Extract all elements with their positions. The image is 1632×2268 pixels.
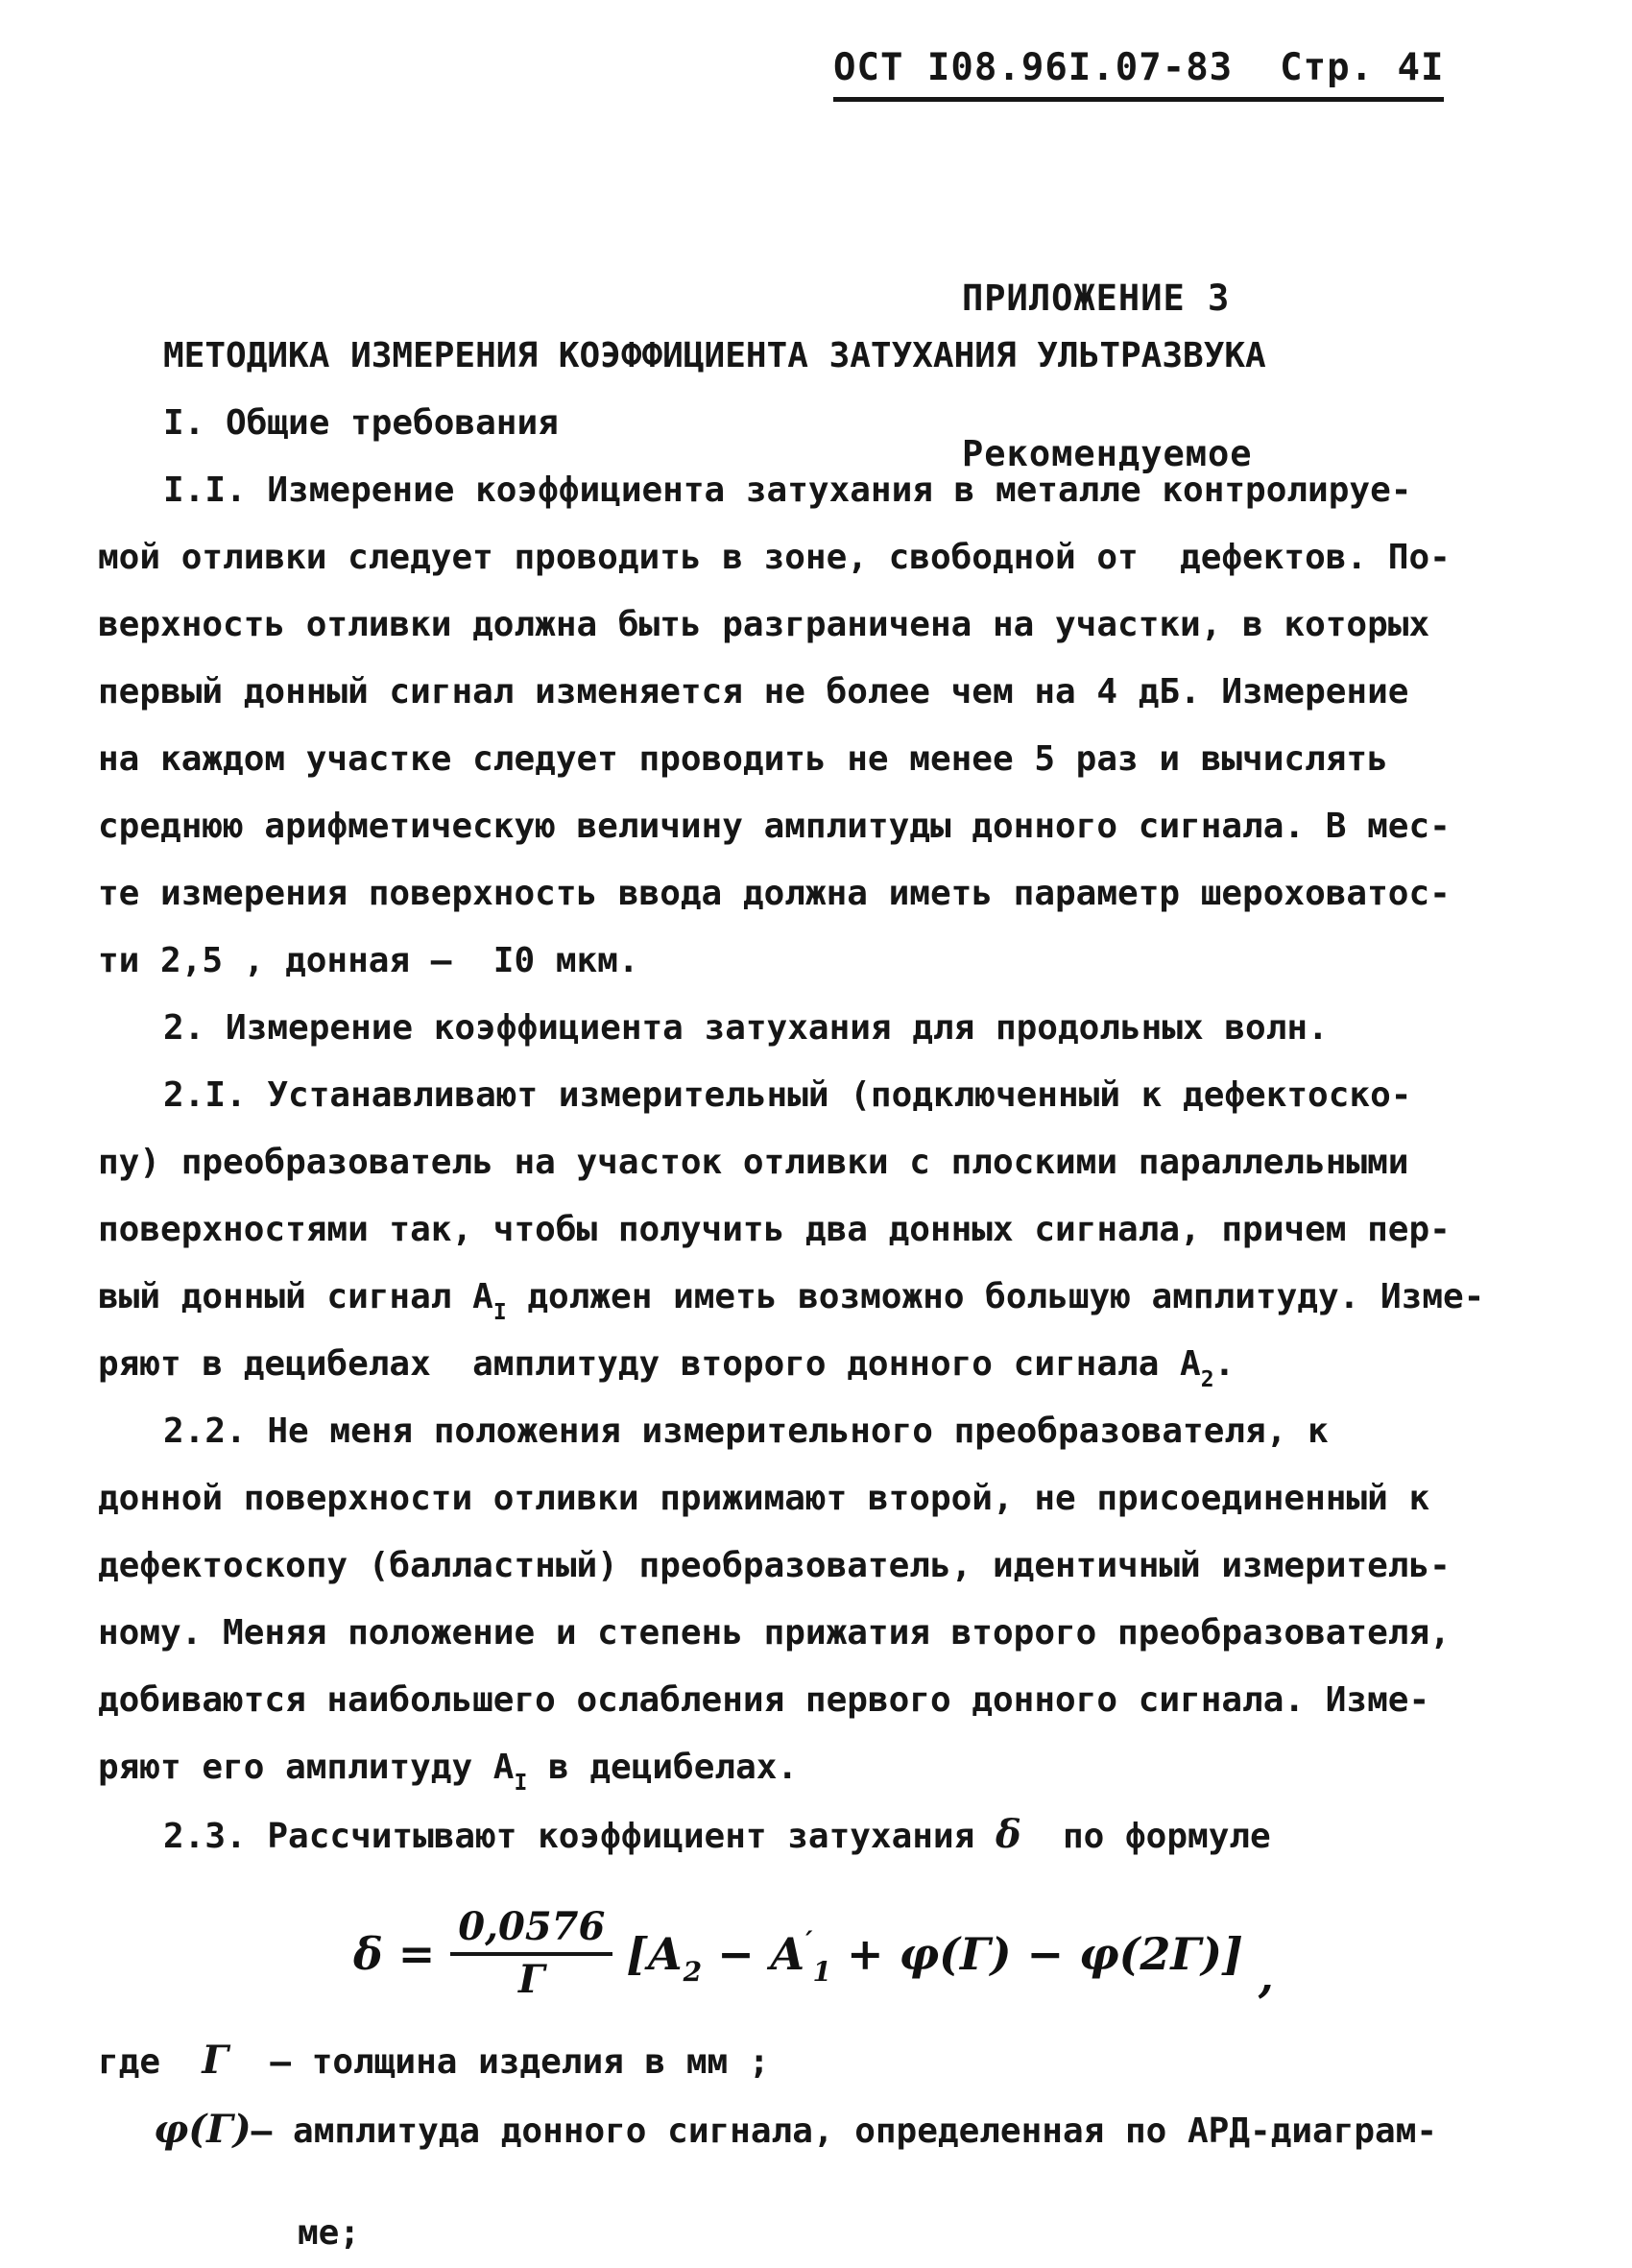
- text-segment: на каждом участке следует проводить не м…: [98, 739, 1388, 779]
- text-segment: те измерения поверхность ввода должна им…: [98, 874, 1451, 913]
- text-segment: пу) преобразователь на участок отливки с…: [98, 1143, 1408, 1182]
- text-segment: I: [514, 1771, 527, 1796]
- text-line: I.I. Измерение коэффициента затухания в …: [98, 457, 1557, 524]
- text-segment: – толщина изделия в мм ;: [228, 2042, 770, 2082]
- formula-numerator: 0,0576: [450, 1905, 612, 1956]
- text-segment: 2. Измерение коэффициента затухания для …: [163, 1008, 1329, 1048]
- text-line: ряют его амплитуду АI в децибелах.: [98, 1734, 1557, 1801]
- text-segment: I.I. Измерение коэффициента затухания в …: [163, 470, 1411, 510]
- text-segment: по формуле: [1021, 1817, 1271, 1856]
- text-line: донной поверхности отливки прижимают вто…: [98, 1465, 1557, 1532]
- text-line: те измерения поверхность ввода должна им…: [98, 860, 1557, 928]
- text-segment: 2.3. Рассчитывают коэффициент затухания: [163, 1817, 996, 1856]
- text-segment: − А: [702, 1928, 805, 1980]
- text-segment: мой отливки следует проводить в зоне, св…: [98, 538, 1451, 577]
- text-line: 2.2. Не меня положения измерительного пр…: [98, 1398, 1557, 1465]
- text-segment: 1: [813, 1956, 831, 1988]
- text-line: φ(Г)– амплитуда донного сигнала, определ…: [98, 2096, 1557, 2165]
- handwritten-symbol: Г: [202, 2038, 228, 2083]
- text-segment: верхность отливки должна быть разграниче…: [98, 605, 1429, 644]
- text-segment: первый донный сигнал изменяется не более…: [98, 672, 1408, 712]
- text-segment: дефектоскопу (балластный) преобразовател…: [98, 1546, 1451, 1585]
- formula-comma: ,: [1259, 1950, 1274, 2002]
- text-line: где Г – толщина изделия в мм ;: [98, 2027, 1557, 2096]
- text-segment: где: [98, 2042, 202, 2082]
- text-line: ме;: [98, 2200, 1557, 2267]
- text-segment: ряют его амплитуду А: [98, 1748, 514, 1787]
- text-line: ти 2,5 , донная – I0 мкм.: [98, 928, 1557, 995]
- where-lines: где Г – толщина изделия в мм ;φ(Г)– ампл…: [98, 2027, 1557, 2267]
- formula-expression: [А2 − А′1 + φ(Г) − φ(2Г)]: [626, 1928, 1242, 1980]
- text-segment: I: [493, 1300, 507, 1325]
- handwritten-symbol: φ(Г): [154, 2107, 252, 2152]
- text-segment: ти 2,5 , донная – I0 мкм.: [98, 941, 639, 980]
- text-segment: + φ(Г) − φ(2Г)]: [831, 1928, 1243, 1980]
- text-line: поверхностями так, чтобы получить два до…: [98, 1196, 1557, 1264]
- text-segment: 2: [684, 1956, 702, 1988]
- text-segment: должен иметь возможно большую амплитуду.…: [507, 1277, 1485, 1316]
- section-heading: I. Общие требования: [98, 390, 1557, 457]
- text-segment: поверхностями так, чтобы получить два до…: [98, 1210, 1451, 1249]
- text-segment: ме;: [298, 2213, 360, 2253]
- formula-denominator: Г: [518, 1956, 545, 2002]
- text-line: первый донный сигнал изменяется не более…: [98, 659, 1557, 726]
- text-segment: ′: [805, 1925, 812, 1957]
- text-segment: донной поверхности отливки прижимают вто…: [98, 1479, 1429, 1518]
- text-segment: в децибелах.: [527, 1748, 798, 1787]
- text-line: пу) преобразователь на участок отливки с…: [98, 1129, 1557, 1196]
- text-line: дефектоскопу (балластный) преобразовател…: [98, 1532, 1557, 1600]
- text-segment: [А: [626, 1928, 683, 1980]
- attenuation-formula: δ = 0,0576 Г [А2 − А′1 + φ(Г) − φ(2Г)] ,: [353, 1905, 1557, 2002]
- text-segment: – амплитуда донного сигнала, определенна…: [252, 2111, 1437, 2151]
- text-line: 2.I. Устанавливают измерительный (подклю…: [98, 1062, 1557, 1129]
- text-line: вый донный сигнал АI должен иметь возмож…: [98, 1264, 1557, 1331]
- text-line: ряют в децибелах амплитуду второго донно…: [98, 1331, 1557, 1398]
- page-header: ОСТ I08.96I.07-83 Стр. 4I: [833, 46, 1444, 102]
- text-line: 2.3. Рассчитывают коэффициент затухания …: [98, 1801, 1557, 1870]
- formula-fraction: 0,0576 Г: [450, 1905, 612, 2002]
- text-segment: ному. Меняя положение и степень прижатия…: [98, 1613, 1451, 1653]
- text-line: мой отливки следует проводить в зоне, св…: [98, 524, 1557, 591]
- text-line: добиваются наибольшего ослабления первог…: [98, 1667, 1557, 1734]
- formula-lhs: δ =: [353, 1928, 435, 1980]
- document-page: ОСТ I08.96I.07-83 Стр. 4I ПРИЛОЖЕНИЕ 3 Р…: [0, 0, 1632, 2268]
- text-segment: 2: [1201, 1367, 1214, 1392]
- text-segment: добиваются наибольшего ослабления первог…: [98, 1680, 1429, 1720]
- handwritten-symbol: δ: [996, 1812, 1021, 1857]
- text-line: на каждом участке следует проводить не м…: [98, 726, 1557, 793]
- text-segment: ряют в децибелах амплитуду второго донно…: [98, 1344, 1201, 1384]
- text-line: верхность отливки должна быть разграниче…: [98, 591, 1557, 659]
- text-line: 2. Измерение коэффициента затухания для …: [98, 995, 1557, 1062]
- appendix-title: ПРИЛОЖЕНИЕ 3: [962, 273, 1253, 325]
- text-segment: 2.I. Устанавливают измерительный (подклю…: [163, 1075, 1411, 1115]
- document-body: МЕТОДИКА ИЗМЕРЕНИЯ КОЭФФИЦИЕНТА ЗАТУХАНИ…: [98, 323, 1557, 2267]
- text-line: среднюю арифметическую величину амплитуд…: [98, 793, 1557, 860]
- text-segment: 2.2. Не меня положения измерительного пр…: [163, 1411, 1329, 1451]
- text-segment: среднюю арифметическую величину амплитуд…: [98, 807, 1451, 846]
- text-segment: вый донный сигнал А: [98, 1277, 493, 1316]
- text-line: ному. Меняя положение и степень прижатия…: [98, 1600, 1557, 1667]
- body-lines: I.I. Измерение коэффициента затухания в …: [98, 457, 1557, 1870]
- document-title: МЕТОДИКА ИЗМЕРЕНИЯ КОЭФФИЦИЕНТА ЗАТУХАНИ…: [98, 323, 1557, 390]
- text-segment: .: [1214, 1344, 1236, 1384]
